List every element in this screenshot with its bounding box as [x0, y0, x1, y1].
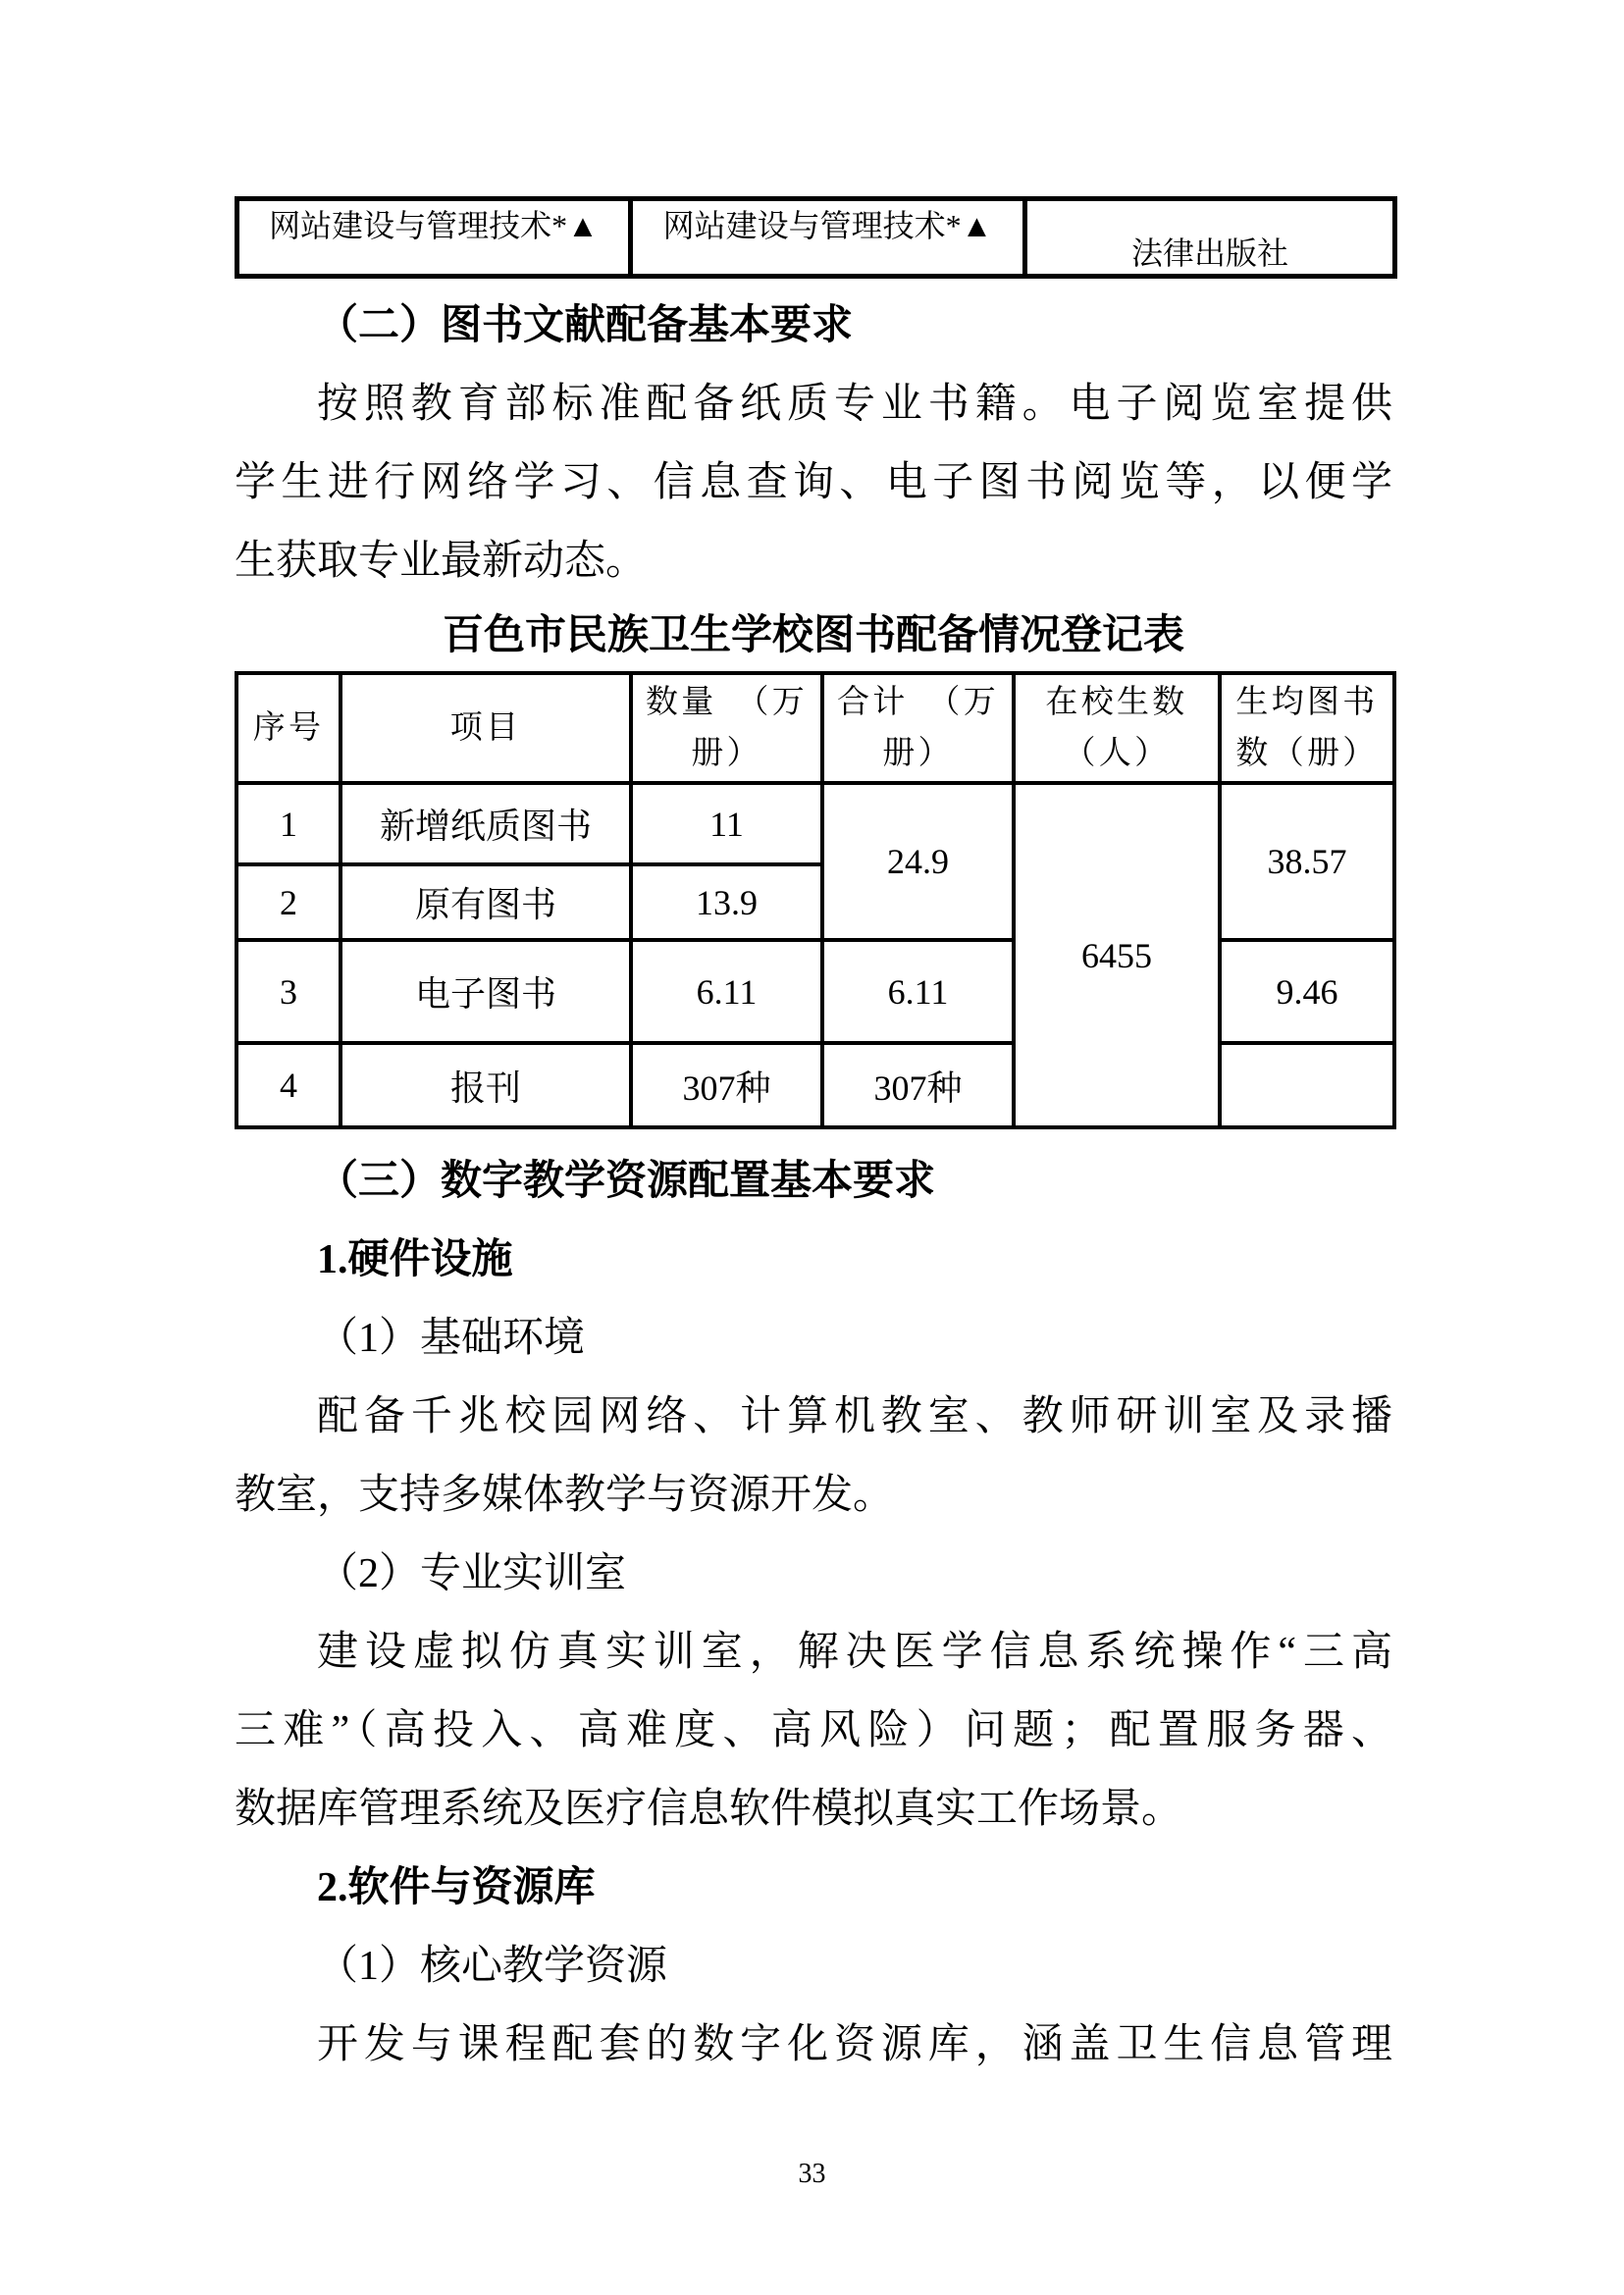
cell-per-capita-paper: 38.57	[1220, 783, 1394, 940]
cell-seq-3: 3	[236, 940, 341, 1043]
subheading-software: 2.软件与资源库	[235, 1849, 1392, 1927]
table-row: 网站建设与管理技术*▲ 网站建设与管理技术*▲ 法律出版社	[237, 199, 1395, 277]
paragraph-line: 开发与课程配套的数字化资源库，涵盖卫生信息管理	[235, 2006, 1392, 2084]
cell-seq-1: 1	[236, 783, 341, 864]
cell-item-1: 新增纸质图书	[341, 783, 631, 864]
col-header-seq: 序号	[236, 673, 341, 783]
textbook-name-cell: 网站建设与管理技术*▲	[631, 199, 1025, 277]
paragraph-line: 生获取专业最新动态。	[235, 522, 1392, 600]
col-header-item: 项目	[341, 673, 631, 783]
table-row: 4 报刊 307种 307种	[236, 1043, 1394, 1127]
cell-quantity-4: 307种	[631, 1043, 822, 1127]
paragraph-line: 配备千兆校园网络、计算机教室、教师研训室及录播	[235, 1378, 1392, 1456]
cell-item-2: 原有图书	[341, 864, 631, 940]
subheading-training-room: （2）专业实训室	[235, 1535, 1392, 1613]
cell-per-capita-3: 9.46	[1220, 940, 1394, 1043]
table-row: 1 新增纸质图书 11 24.9 6455 38.57	[236, 783, 1394, 864]
cell-quantity-3: 6.11	[631, 940, 822, 1043]
cell-subtotal-4: 307种	[822, 1043, 1014, 1127]
cell-per-capita-4	[1220, 1043, 1394, 1127]
subheading-basic-env: （1）基础环境	[235, 1299, 1392, 1378]
paragraph-training: 建设虚拟仿真实训室，解决医学信息系统操作“三高 三难”（高投入、高难度、高风险）…	[235, 1613, 1392, 1849]
paragraph-resources: 开发与课程配套的数字化资源库，涵盖卫生信息管理	[235, 2006, 1392, 2084]
section-heading-3: （三）数字教学资源配置基本要求	[235, 1142, 1392, 1221]
course-table-continued: 网站建设与管理技术*▲ 网站建设与管理技术*▲ 法律出版社	[235, 196, 1397, 279]
content-column: 网站建设与管理技术*▲ 网站建设与管理技术*▲ 法律出版社 （二）图书文献配备基…	[235, 0, 1392, 2084]
col-header-quantity: 数量 （万 册）	[631, 673, 822, 783]
cell-seq-4: 4	[236, 1043, 341, 1127]
paragraph-line: 按照教育部标准配备纸质专业书籍。电子阅览室提供	[235, 365, 1392, 443]
course-name-cell: 网站建设与管理技术*▲	[237, 199, 631, 277]
document-page: 网站建设与管理技术*▲ 网站建设与管理技术*▲ 法律出版社 （二）图书文献配备基…	[0, 0, 1624, 2295]
cell-quantity-2: 13.9	[631, 864, 822, 940]
book-registry-table: 序号 项目 数量 （万 册） 合计 （万 册） 在校生数 （人） 生均图书 数（…	[235, 671, 1396, 1129]
page-number: 33	[0, 2155, 1624, 2194]
paragraph-line: 三难”（高投入、高难度、高风险）问题；配置服务器、	[235, 1692, 1392, 1770]
subheading-core-resource: （1）核心教学资源	[235, 1927, 1392, 2006]
paragraph-infra: 配备千兆校园网络、计算机教室、教师研训室及录播 教室，支持多媒体教学与资源开发。	[235, 1378, 1392, 1535]
col-header-students: 在校生数 （人）	[1014, 673, 1220, 783]
table-row: 3 电子图书 6.11 6.11 9.46	[236, 940, 1394, 1043]
book-table-title: 百色市民族卫生学校图书配备情况登记表	[235, 600, 1392, 671]
paragraph-line: 教室，支持多媒体教学与资源开发。	[235, 1456, 1392, 1535]
paragraph-line: 学生进行网络学习、信息查询、电子图书阅览等，以便学	[235, 443, 1392, 522]
col-header-subtotal: 合计 （万 册）	[822, 673, 1014, 783]
subheading-hardware: 1.硬件设施	[235, 1221, 1392, 1299]
paragraph-line: 数据库管理系统及医疗信息软件模拟真实工作场景。	[235, 1770, 1392, 1849]
cell-quantity-1: 11	[631, 783, 822, 864]
publisher-cell: 法律出版社	[1025, 199, 1395, 277]
cell-subtotal-3: 6.11	[822, 940, 1014, 1043]
cell-subtotal-paper: 24.9	[822, 783, 1014, 940]
paragraph-line: 建设虚拟仿真实训室，解决医学信息系统操作“三高	[235, 1613, 1392, 1692]
paragraph-library: 按照教育部标准配备纸质专业书籍。电子阅览室提供 学生进行网络学习、信息查询、电子…	[235, 365, 1392, 600]
cell-item-3: 电子图书	[341, 940, 631, 1043]
cell-item-4: 报刊	[341, 1043, 631, 1127]
col-header-per-capita: 生均图书 数（册）	[1220, 673, 1394, 783]
section-heading-2: （二）图书文献配备基本要求	[235, 287, 1392, 365]
table-header-row: 序号 项目 数量 （万 册） 合计 （万 册） 在校生数 （人） 生均图书 数（…	[236, 673, 1394, 783]
cell-seq-2: 2	[236, 864, 341, 940]
cell-students: 6455	[1014, 783, 1220, 1127]
